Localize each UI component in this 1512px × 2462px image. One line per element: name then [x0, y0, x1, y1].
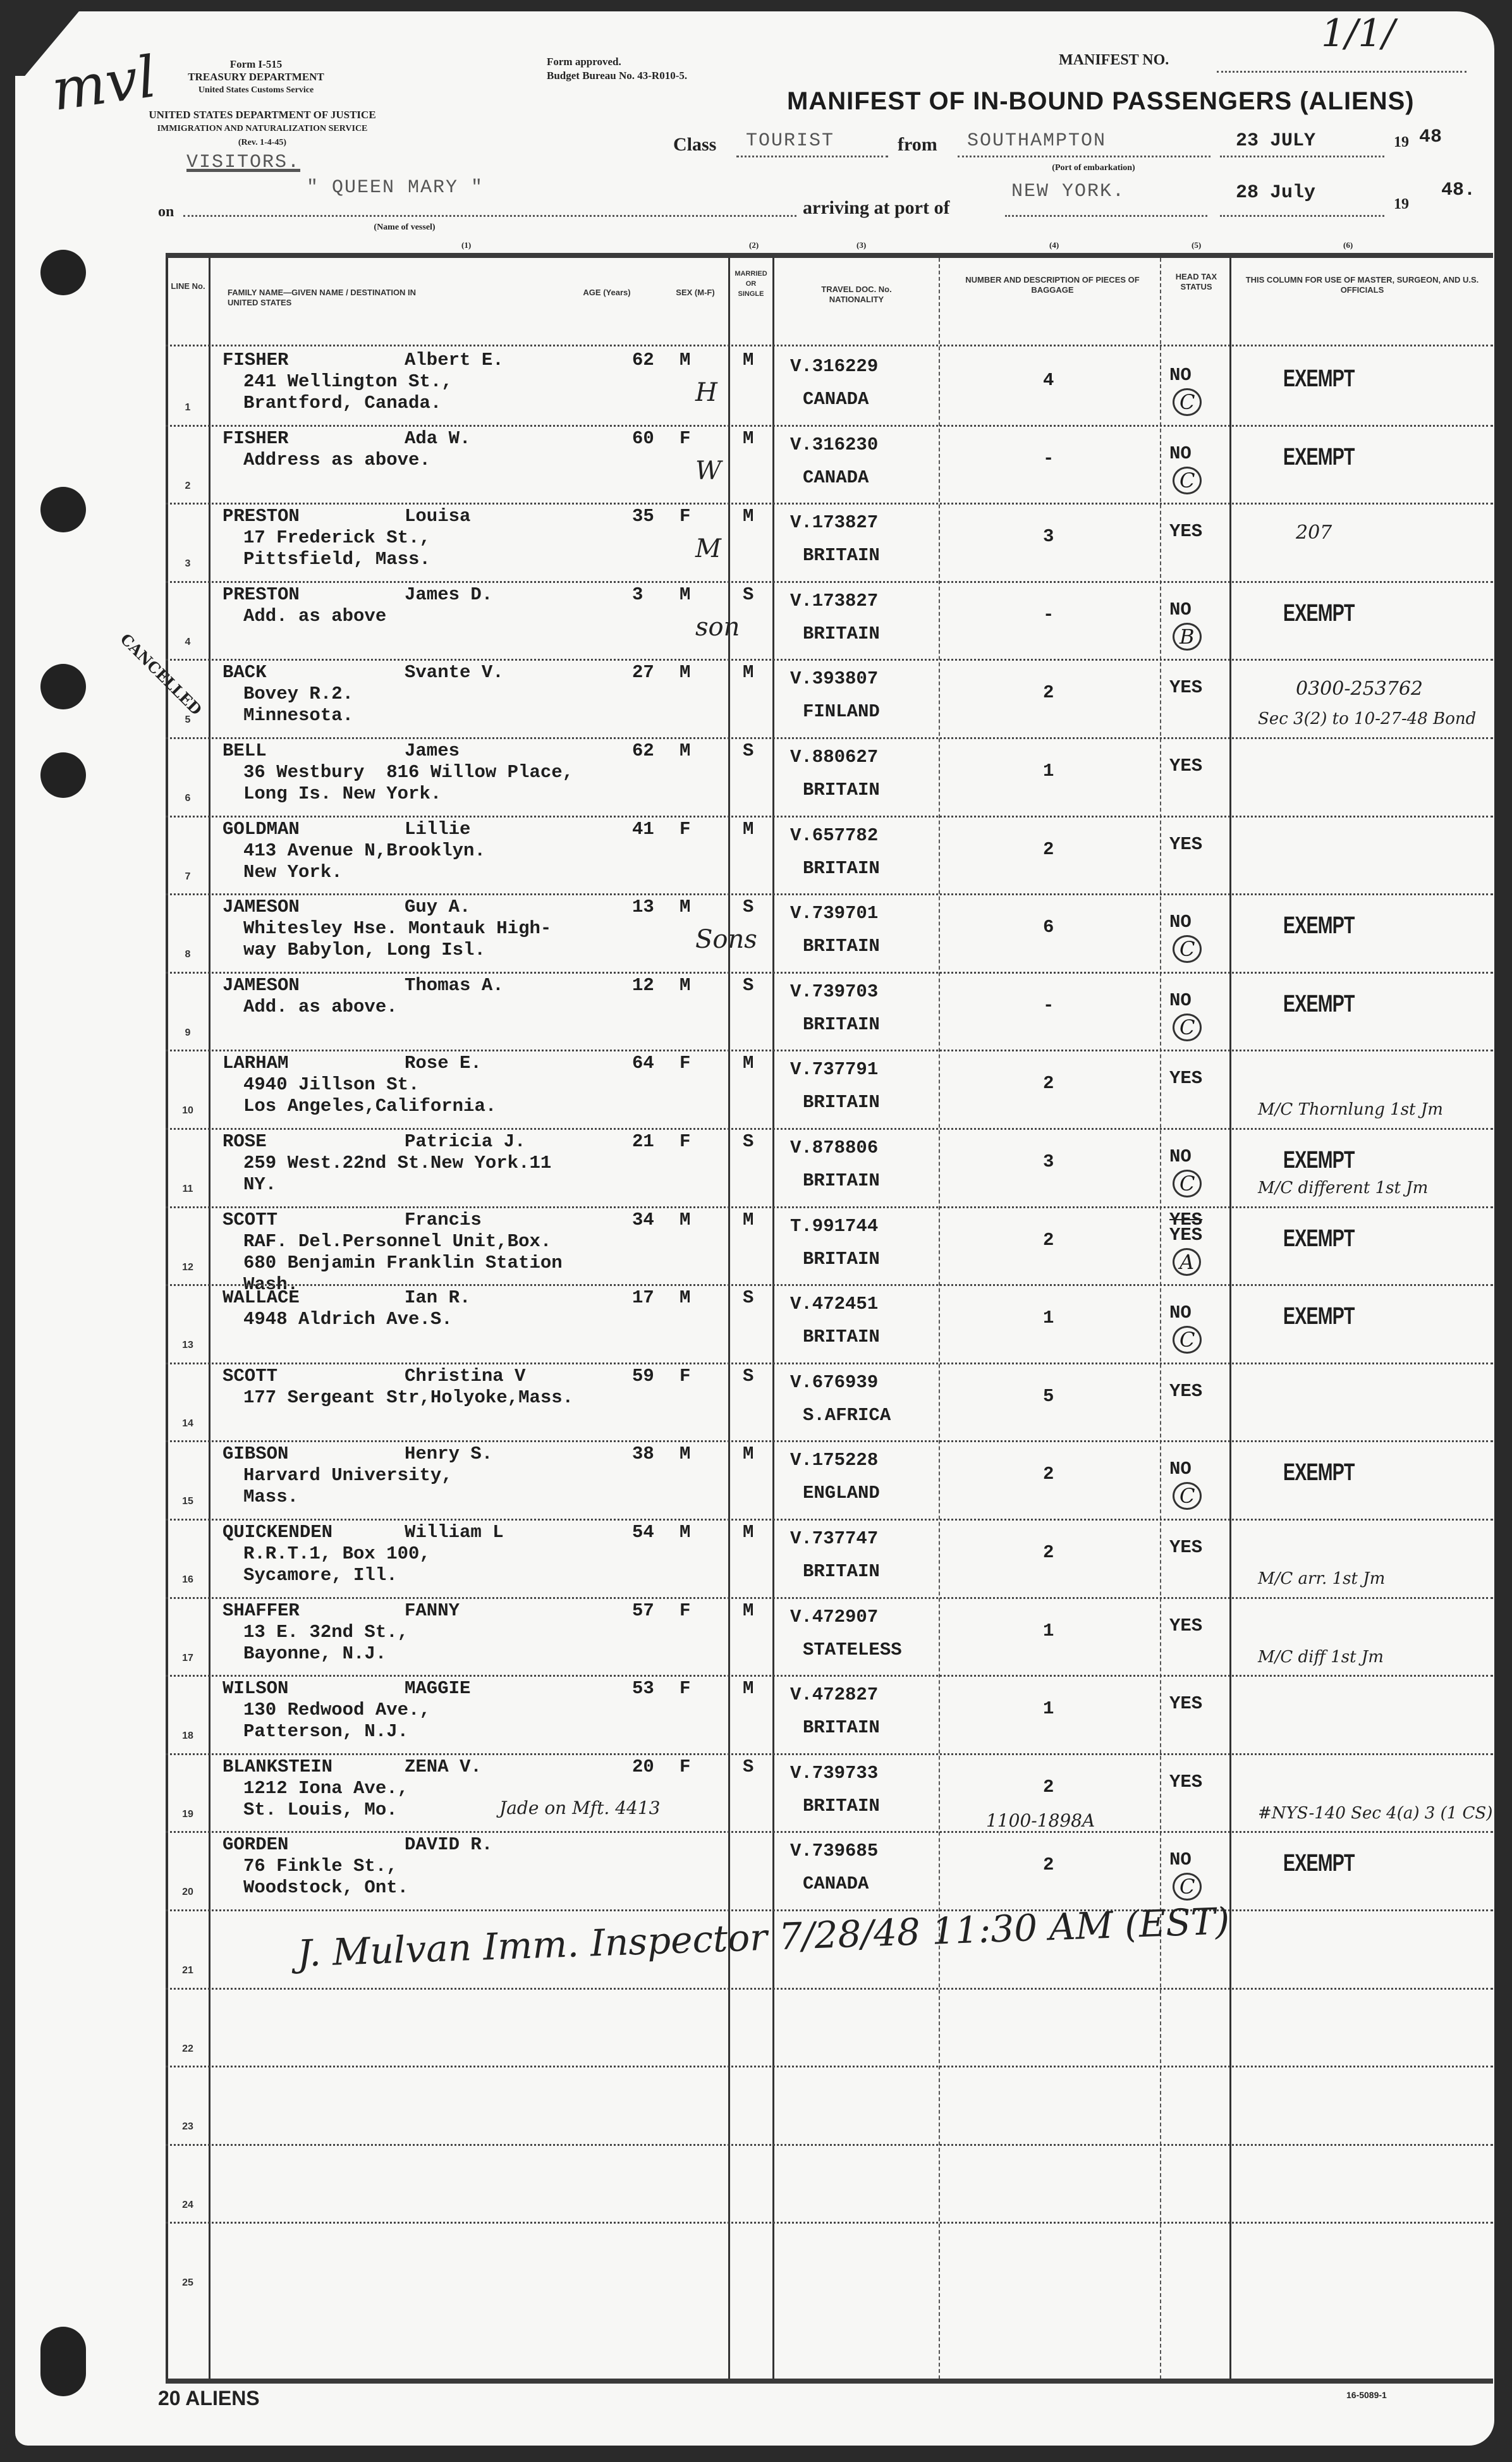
travel-doc-number: V.173827 [790, 590, 878, 613]
family-name: BACK [223, 661, 267, 684]
destination-address: Bayonne, N.J. [243, 1643, 386, 1665]
line-number: 18 [175, 1730, 200, 1742]
on-label: on [158, 204, 174, 221]
from-label: from [898, 134, 937, 156]
official-note: #NYS-140 Sec 4(a) 3 (1 CS) [1258, 1804, 1492, 1823]
destination-address: Pittsfield, Mass. [243, 548, 430, 571]
row-rule [166, 2066, 1493, 2067]
line-number: 19 [175, 1809, 200, 1820]
row-rule [166, 1050, 1493, 1051]
year-prefix-1: 19 [1394, 134, 1409, 151]
baggage-pieces: - [1043, 995, 1054, 1017]
travel-doc-number: V.880627 [790, 746, 878, 769]
marital-status: M [743, 427, 753, 450]
year-suffix-2: 48. [1441, 180, 1475, 201]
destination-address: Mass. [243, 1486, 298, 1509]
marital-status: S [743, 1756, 753, 1779]
destination-address: Los Angeles,California. [243, 1095, 496, 1118]
given-name: Henry S. [405, 1443, 492, 1466]
family-name: FISHER [223, 427, 288, 450]
head-tax-status: YES [1169, 1380, 1202, 1403]
tax-code-circle: C [1173, 388, 1202, 416]
destination-address: 177 Sergeant Str,Holyoke,Mass. [243, 1387, 573, 1409]
baggage-pieces: 1 [1043, 760, 1054, 783]
head-tax-status: NO [1169, 1458, 1192, 1481]
vessel-caption: (Name of vessel) [341, 221, 468, 234]
arrival-port-line [1005, 215, 1207, 217]
head-tax-status: YES [1169, 1067, 1202, 1090]
marital-status: S [743, 896, 753, 919]
relationship-mark: H [695, 378, 717, 407]
marital-status: M [743, 1677, 753, 1700]
destination-address: 76 Finkle St., [243, 1855, 398, 1878]
nationality: BRITAIN [803, 623, 880, 646]
col-divider [939, 258, 940, 2379]
relationship-mark: W [695, 456, 721, 486]
head-tax-status: NO [1169, 1146, 1192, 1168]
tax-code-circle: A [1173, 1248, 1201, 1276]
row-rule [166, 2222, 1493, 2224]
officials-entry: EXEMPT [1283, 1459, 1355, 1486]
head-tax-status: YES [1169, 755, 1202, 778]
punch-hole [40, 664, 86, 709]
year-suffix-1: 48 [1419, 126, 1442, 148]
head-tax-status: NO [1169, 1849, 1192, 1871]
form-number: Form I-515 [152, 58, 360, 71]
nationality: BRITAIN [803, 1170, 880, 1192]
marital-status: M [743, 505, 753, 528]
family-name: SHAFFER [223, 1600, 300, 1622]
given-name: Thomas A. [405, 974, 504, 997]
manifest-no-line [1217, 71, 1466, 73]
head-tax-status: YES [1169, 520, 1202, 543]
sex: F [680, 427, 690, 450]
destination-address: RAF. Del.Personnel Unit,Box. [243, 1230, 551, 1253]
line-number: 11 [175, 1184, 200, 1195]
given-name: DAVID R. [405, 1834, 492, 1856]
travel-doc-number: V.739685 [790, 1840, 878, 1863]
pieces-note: 1100-1898A [986, 1810, 1095, 1831]
given-name: Ada W. [405, 427, 470, 450]
row-rule [166, 1675, 1493, 1677]
nationality: BRITAIN [803, 857, 880, 880]
nationality: CANADA [803, 1873, 869, 1895]
nationality: S.AFRICA [803, 1404, 891, 1427]
travel-doc-number: V.393807 [790, 668, 878, 690]
age: 62 [632, 349, 654, 372]
relationship-mark: Sons [695, 925, 757, 954]
line-number: 17 [175, 1653, 200, 1664]
baggage-pieces: 2 [1043, 1541, 1054, 1564]
sex: M [680, 584, 690, 606]
given-name: MAGGIE [405, 1677, 470, 1700]
age: 41 [632, 818, 654, 841]
age: 13 [632, 896, 654, 919]
destination-address: 4940 Jillson St. [243, 1074, 419, 1096]
from-line [958, 156, 1210, 157]
destination-address: Long Is. New York. [243, 783, 441, 805]
arriving-label: arriving at port of [803, 197, 949, 219]
sex: F [680, 1756, 690, 1779]
port-embarkation: SOUTHAMPTON [967, 130, 1106, 152]
family-name: BLANKSTEIN [223, 1756, 332, 1779]
col-header-head-tax: HEAD TAX STATUS [1169, 272, 1223, 292]
family-name: GORDEN [223, 1834, 288, 1856]
destination-address: 259 West.22nd St.New York.11 [243, 1152, 551, 1175]
line-number: 25 [175, 2277, 200, 2289]
age: 20 [632, 1756, 654, 1779]
vessel-name: " QUEEN MARY " [307, 177, 484, 199]
destination-address: 4948 Aldrich Ave.S. [243, 1308, 453, 1331]
nationality: BRITAIN [803, 779, 880, 802]
sex: M [680, 1287, 690, 1309]
table-top-rule [166, 253, 1493, 258]
sex: M [680, 896, 690, 919]
marital-status: S [743, 1287, 753, 1309]
baggage-pieces: 5 [1043, 1385, 1054, 1408]
class-value: TOURIST [746, 130, 834, 152]
head-tax-code: C [1173, 1170, 1202, 1197]
nationality: BRITAIN [803, 1326, 880, 1349]
punch-hole [40, 487, 86, 532]
travel-doc-number: V.739703 [790, 981, 878, 1003]
row-rule [166, 972, 1493, 974]
line-number: 5 [175, 714, 200, 726]
given-name: Louisa [405, 505, 470, 528]
punch-hole [40, 2327, 86, 2396]
dept-line-2: United States Customs Service [152, 84, 360, 97]
marital-status: S [743, 584, 753, 606]
colnum-6: (6) [1343, 239, 1353, 252]
nationality: BRITAIN [803, 1091, 880, 1114]
family-name: LARHAM [223, 1052, 288, 1075]
travel-doc-number: V.878806 [790, 1137, 878, 1160]
head-tax-code: C [1173, 1326, 1202, 1354]
baggage-pieces: 2 [1043, 1776, 1054, 1799]
row-rule [166, 1909, 1493, 1911]
marital-status: M [743, 1521, 753, 1544]
head-tax-status: YES [1169, 1693, 1202, 1715]
baggage-pieces: 2 [1043, 1229, 1054, 1252]
justice-line-2: IMMIGRATION AND NATURALIZATION SERVICE [136, 123, 389, 135]
struck-head-tax: YES [1169, 1209, 1202, 1232]
age: 64 [632, 1052, 654, 1075]
age: 34 [632, 1209, 654, 1232]
side-note: Jade on Mft. 4413 [499, 1798, 660, 1818]
family-name: PRESTON [223, 584, 300, 606]
line-number: 14 [175, 1418, 200, 1430]
col-header-line: LINE No. [168, 281, 209, 291]
head-tax-status: YES [1169, 1536, 1202, 1559]
destination-address: R.R.T.1, Box 100, [243, 1543, 430, 1565]
line-number: 10 [175, 1105, 200, 1117]
destination-address: 36 Westbury 816 Willow Place, [243, 761, 573, 784]
destination-address: 13 E. 32nd St., [243, 1621, 408, 1644]
head-tax-status: NO [1169, 989, 1192, 1012]
manifest-title: MANIFEST OF IN-BOUND PASSENGERS (ALIENS) [787, 87, 1415, 116]
destination-address: NY. [243, 1173, 276, 1196]
marital-status: M [743, 818, 753, 841]
justice-line-1: UNITED STATES DEPARTMENT OF JUSTICE [136, 109, 389, 121]
officials-entry: EXEMPT [1283, 1303, 1355, 1330]
line-number: 6 [175, 793, 200, 804]
row-rule [166, 1519, 1493, 1521]
destination-address: 413 Avenue N,Brooklyn. [243, 840, 485, 862]
marital-status: S [743, 1365, 753, 1388]
family-name: SCOTT [223, 1365, 277, 1388]
destination-address: 1212 Iona Ave., [243, 1777, 408, 1800]
row-rule [166, 1284, 1493, 1286]
row-rule [166, 503, 1493, 505]
marital-status: M [743, 1052, 753, 1075]
baggage-pieces: 3 [1043, 525, 1054, 548]
sex: F [680, 1365, 690, 1388]
destination-address: Add. as above [243, 605, 386, 628]
officials-entry: 0300-253762 [1296, 678, 1423, 700]
row-rule [166, 1128, 1493, 1130]
head-tax-code: C [1173, 1873, 1202, 1901]
form-code: 16-5089-1 [1346, 2390, 1387, 2400]
line-number: 12 [175, 1262, 200, 1273]
given-name: ZENA V. [405, 1756, 482, 1779]
given-name: Christina V [405, 1365, 525, 1388]
tax-code-circle: B [1173, 623, 1202, 651]
tax-code-circle: C [1173, 1873, 1202, 1901]
row-rule [166, 893, 1493, 895]
line-number: 1 [175, 402, 200, 413]
visitors-stamp: VISITORS. [186, 152, 300, 173]
tax-code-circle: C [1173, 1170, 1202, 1197]
col-header-sex: SEX (M-F) [670, 288, 721, 298]
line-number: 9 [175, 1027, 200, 1039]
given-name: James [405, 740, 460, 762]
travel-doc-number: T.991744 [790, 1215, 878, 1238]
line-number: 16 [175, 1574, 200, 1586]
marital-status: M [743, 349, 753, 372]
line-number: 15 [175, 1496, 200, 1507]
baggage-pieces: 3 [1043, 1151, 1054, 1173]
row-rule [166, 1831, 1493, 1833]
age: 38 [632, 1443, 654, 1466]
class-line [736, 156, 888, 157]
official-note: M/C arr. 1st Jm [1258, 1569, 1385, 1588]
sex: F [680, 818, 690, 841]
row-rule [166, 425, 1493, 427]
row-rule [166, 1597, 1493, 1599]
destination-address: 680 Benjamin Franklin Station [243, 1252, 563, 1275]
baggage-pieces: 4 [1043, 369, 1054, 392]
baggage-pieces: 1 [1043, 1307, 1054, 1330]
line-number: 2 [175, 481, 200, 492]
given-name: Patricia J. [405, 1130, 525, 1153]
relationship-mark: M [695, 534, 721, 563]
tax-code-circle: C [1173, 1482, 1202, 1510]
row-rule [166, 1363, 1493, 1364]
travel-doc-number: V.472907 [790, 1606, 878, 1629]
tax-code-circle: C [1173, 1326, 1202, 1354]
row-rule [166, 1988, 1493, 1990]
destination-address: Whitesley Hse. Montauk High- [243, 917, 551, 940]
age: 57 [632, 1600, 654, 1622]
travel-doc-number: V.173827 [790, 511, 878, 534]
destination-address: Brantford, Canada. [243, 392, 441, 415]
age: 60 [632, 427, 654, 450]
age: 62 [632, 740, 654, 762]
officials-entry: 207 [1296, 522, 1332, 544]
line-number: 4 [175, 637, 200, 648]
colnum-3: (3) [857, 239, 866, 252]
row-rule [166, 581, 1493, 583]
tax-code-circle: C [1173, 1014, 1202, 1041]
travel-doc-number: V.316230 [790, 434, 878, 456]
family-name: BELL [223, 740, 267, 762]
head-tax-status: YES [1169, 677, 1202, 699]
sex: F [680, 1600, 690, 1622]
baggage-pieces: 1 [1043, 1698, 1054, 1720]
dept-line-1: TREASURY DEPARTMENT [152, 71, 360, 83]
head-tax-code: B [1173, 623, 1202, 651]
baggage-pieces: 2 [1043, 1854, 1054, 1877]
destination-address: 17 Frederick St., [243, 527, 430, 549]
sex: M [680, 1443, 690, 1466]
travel-doc-number: V.737791 [790, 1058, 878, 1081]
age: 17 [632, 1287, 654, 1309]
year-prefix-2: 19 [1394, 196, 1409, 213]
official-note: M/C different 1st Jm [1258, 1179, 1428, 1197]
colnum-2: (2) [749, 239, 759, 252]
nationality: CANADA [803, 467, 869, 489]
head-tax-status: NO [1169, 911, 1192, 934]
col-header-officials: THIS COLUMN FOR USE OF MASTER, SURGEON, … [1242, 275, 1482, 295]
destination-address: New York. [243, 861, 343, 884]
sex: M [680, 740, 690, 762]
col-divider [1160, 258, 1161, 2379]
family-name: WILSON [223, 1677, 288, 1700]
line-number: 7 [175, 871, 200, 883]
officials-entry: EXEMPT [1283, 1225, 1355, 1252]
destination-address: 130 Redwood Ave., [243, 1699, 430, 1722]
baggage-pieces: - [1043, 448, 1054, 470]
line-number: 13 [175, 1340, 200, 1351]
officials-entry: EXEMPT [1283, 365, 1355, 393]
head-tax-code: C [1173, 388, 1202, 416]
destination-address: Woodstock, Ont. [243, 1877, 408, 1899]
row-rule [166, 2144, 1493, 2146]
row-rule [166, 1440, 1493, 1442]
sex: M [680, 1209, 690, 1232]
destination-address: St. Louis, Mo. [243, 1799, 398, 1822]
line-number: 21 [175, 1965, 200, 1976]
head-tax-status: YES [1169, 1615, 1202, 1638]
head-tax-code: C [1173, 467, 1202, 494]
officials-entry: EXEMPT [1283, 444, 1355, 471]
family-name: GIBSON [223, 1443, 288, 1466]
travel-doc-number: V.316229 [790, 355, 878, 378]
head-tax-code: A [1173, 1248, 1201, 1276]
col-divider [772, 258, 774, 2379]
family-name: JAMESON [223, 974, 300, 997]
head-tax-code: C [1173, 1482, 1202, 1510]
destination-address: Patterson, N.J. [243, 1720, 408, 1743]
marital-status: M [743, 1600, 753, 1622]
given-name: Lillie [405, 818, 470, 841]
nationality: BRITAIN [803, 544, 880, 567]
official-note: M/C Thornlung 1st Jm [1258, 1100, 1443, 1119]
justice-line-3: (Rev. 1-4-45) [136, 137, 389, 149]
travel-doc-number: V.739701 [790, 902, 878, 925]
nationality: STATELESS [803, 1639, 902, 1662]
nationality: BRITAIN [803, 1795, 880, 1818]
line-number: 22 [175, 2043, 200, 2055]
departure-date: 23 JULY [1236, 130, 1315, 152]
travel-doc-number: V.739733 [790, 1762, 878, 1785]
head-tax-status: YES [1169, 1771, 1202, 1794]
given-name: Ian R. [405, 1287, 470, 1309]
head-tax-status: YES [1169, 833, 1202, 856]
marital-status: S [743, 740, 753, 762]
row-rule [166, 1753, 1493, 1755]
sex: F [680, 1052, 690, 1075]
sex: F [680, 1677, 690, 1700]
date-line-2 [1220, 215, 1384, 217]
col-header-marital: MARRIED OR SINGLE [732, 269, 770, 299]
vessel-line [183, 215, 796, 217]
officials-entry: EXEMPT [1283, 912, 1355, 940]
line-number: 8 [175, 949, 200, 960]
head-tax-code: C [1173, 935, 1202, 963]
family-name: SCOTT [223, 1209, 277, 1232]
head-tax-status: NO [1169, 1302, 1192, 1325]
line-number: 24 [175, 2200, 200, 2211]
officials-entry: EXEMPT [1283, 1850, 1355, 1877]
nationality: BRITAIN [803, 1248, 880, 1271]
manifest-no-value: 1/1/ [1321, 11, 1395, 56]
nationality: CANADA [803, 388, 869, 411]
age: 21 [632, 1130, 654, 1153]
punch-hole [40, 752, 86, 798]
official-note: M/C diff 1st Jm [1258, 1648, 1384, 1667]
punch-hole [40, 250, 86, 295]
age: 54 [632, 1521, 654, 1544]
sex: F [680, 505, 690, 528]
colnum-5: (5) [1192, 239, 1201, 252]
col-header-name: FAMILY NAME—GIVEN NAME / DESTINATION IN … [228, 288, 436, 308]
age: 27 [632, 661, 654, 684]
col-divider [209, 258, 210, 2379]
travel-doc-number: V.472451 [790, 1293, 878, 1316]
officials-entry: EXEMPT [1283, 991, 1355, 1018]
officials-entry: EXEMPT [1283, 600, 1355, 627]
port-embark-caption: (Port of embarkation) [999, 162, 1188, 175]
given-name: FANNY [405, 1600, 460, 1622]
marital-status: S [743, 1130, 753, 1153]
marital-status: M [743, 1443, 753, 1466]
travel-doc-number: V.472827 [790, 1684, 878, 1706]
colnum-4: (4) [1049, 239, 1059, 252]
family-name: JAMESON [223, 896, 300, 919]
destination-address: way Babylon, Long Isl. [243, 939, 485, 962]
given-name: Francis [405, 1209, 482, 1232]
col-divider [1229, 258, 1231, 2379]
destination-address: Sycamore, Ill. [243, 1564, 398, 1587]
relationship-mark: son [695, 613, 740, 642]
baggage-pieces: 2 [1043, 838, 1054, 861]
row-rule [166, 737, 1493, 739]
destination-address: Add. as above. [243, 996, 398, 1019]
given-name: William L [405, 1521, 504, 1544]
head-tax-status: NO [1169, 364, 1192, 387]
date-line-1 [1220, 156, 1384, 157]
